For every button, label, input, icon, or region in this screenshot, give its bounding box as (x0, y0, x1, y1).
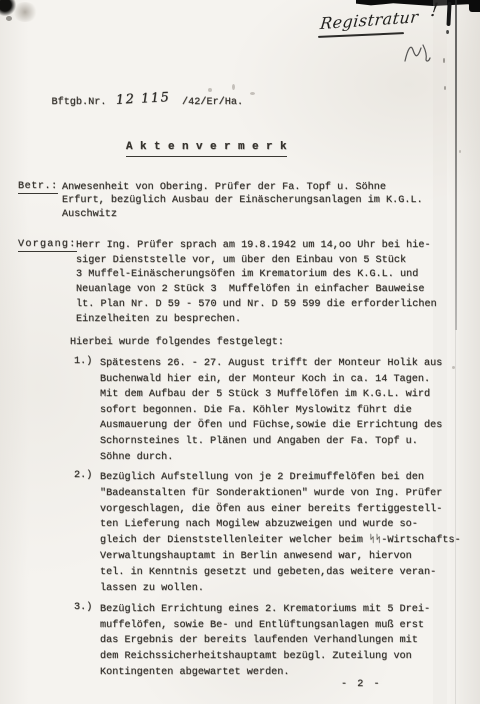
corner-smudge-dot (6, 16, 12, 21)
text-line: siger Dienststelle vor, um über den Einb… (76, 254, 437, 269)
text-line: das Ergebnis der bereits laufenden Verha… (100, 633, 430, 649)
text-line: ten Lieferung nach Mogilew abzuzweigen u… (100, 517, 461, 533)
reference-suffix: /42/Er/Ha. (182, 97, 243, 108)
item-number: 3.) (74, 602, 100, 613)
item-number: 2.) (74, 470, 100, 481)
text-line: Mit dem Aufbau der 5 Stück 3 Muffelöfen … (100, 387, 442, 403)
item-number: 1.) (74, 356, 100, 367)
scan-artifact-corner-blob (469, 0, 480, 12)
text-line: Verwaltungshauptamt in Berlin anwesend w… (100, 549, 461, 565)
text-line: sofort begonnen. Die Fa. Köhler Myslowit… (100, 403, 442, 419)
text-line: Anwesenheit von Obering. Prüfer der Fa. … (62, 181, 423, 194)
paper-speck (443, 58, 445, 63)
text-line: Herr Ing. Prüfer sprach am 19.8.1942 um … (76, 239, 437, 254)
text-line: Buchenwald hier ein, der Monteur Koch in… (100, 372, 442, 388)
paper-speck (452, 366, 455, 369)
text-line: Bezüglich Aufstellung von je 2 Dreimuffe… (100, 470, 461, 486)
text-line: Spätestens 26. - 27. August trifft der M… (100, 356, 442, 372)
scan-artifact-mark (446, 2, 451, 26)
text-line: tel. in Kenntnis gesetzt und gebeten,das… (100, 565, 461, 581)
document-page: Registratur! Bftgb.Nr.12 115/42/Er/Ha. A… (0, 0, 480, 704)
text-line: dem Reichssicherheitshauptamt bezügl. Zu… (100, 649, 430, 665)
page-number: - 2 - (341, 679, 382, 690)
paper-speck (459, 150, 461, 153)
registratur-note: Registratur! (319, 4, 437, 34)
item-3-text: Bezüglich Errichtung eines 2. Krematoriu… (100, 602, 430, 681)
document-title: A k t e n v e r m e r k (126, 141, 287, 157)
item-1-text: Spätestens 26. - 27. August trifft der M… (100, 356, 442, 465)
text-line: Ausmauerung der Öfen und Füchse,sowie di… (100, 418, 442, 434)
text-line: "Badeanstalten für Sonderaktionen" wurde… (100, 486, 461, 502)
text-line: Schornsteines lt. Plänen und Angaben der… (100, 434, 442, 450)
registratur-text: Registratur (319, 7, 419, 33)
reference-line: Bftgb.Nr.12 115/42/Er/Ha. (27, 82, 243, 119)
paper-speck (250, 92, 255, 95)
paper-speck (444, 86, 446, 90)
betreff-label: Betr.: (18, 181, 58, 194)
text-line: muffelöfen, sowie Be- und Entlüftungsanl… (100, 618, 430, 634)
paper-edge-line (455, 0, 457, 330)
vorgang-text: Herr Ing. Prüfer sprach am 19.8.1942 um … (76, 239, 437, 327)
reference-number-handwritten: 12 115 (115, 90, 170, 108)
text-line: Einzelheiten zu besprechen. (76, 313, 437, 328)
betreff-text: Anwesenheit von Obering. Prüfer der Fa. … (62, 181, 423, 221)
vorgang-label: Vorgang: (18, 239, 77, 252)
text-line: 3 Muffel-Einäscherungsöfen im Krematoriu… (76, 268, 437, 283)
corner-smudge-light (12, 2, 38, 22)
text-line: lassen zu wollen. (100, 581, 461, 597)
text-line: vorgeschlagen, die Öfen aus einer bereit… (100, 502, 461, 518)
agreement-intro: Hierbei wurde folgendes festgelegt: (70, 337, 284, 348)
text-line: gleich der Dienststellenleiter welcher b… (100, 533, 461, 549)
text-line: Auschwitz (62, 208, 423, 221)
text-line: Söhne durch. (100, 450, 442, 466)
text-line: Neuanlage von 2 Stück 3 Muffelöfen in ei… (76, 283, 437, 298)
text-line: Erfurt, bezüglich Ausbau der Einäscherun… (62, 194, 423, 207)
reference-prefix: Bftgb.Nr. (51, 97, 106, 108)
text-line: lt. Plan Nr. D 59 - 570 und Nr. D 59 599… (76, 298, 437, 313)
text-line: Bezüglich Errichtung eines 2. Krematoriu… (100, 602, 430, 618)
paper-edge-band (433, 0, 447, 704)
item-2-text: Bezüglich Aufstellung von je 2 Dreimuffe… (100, 470, 461, 596)
handwritten-initials-squiggle (402, 40, 432, 66)
